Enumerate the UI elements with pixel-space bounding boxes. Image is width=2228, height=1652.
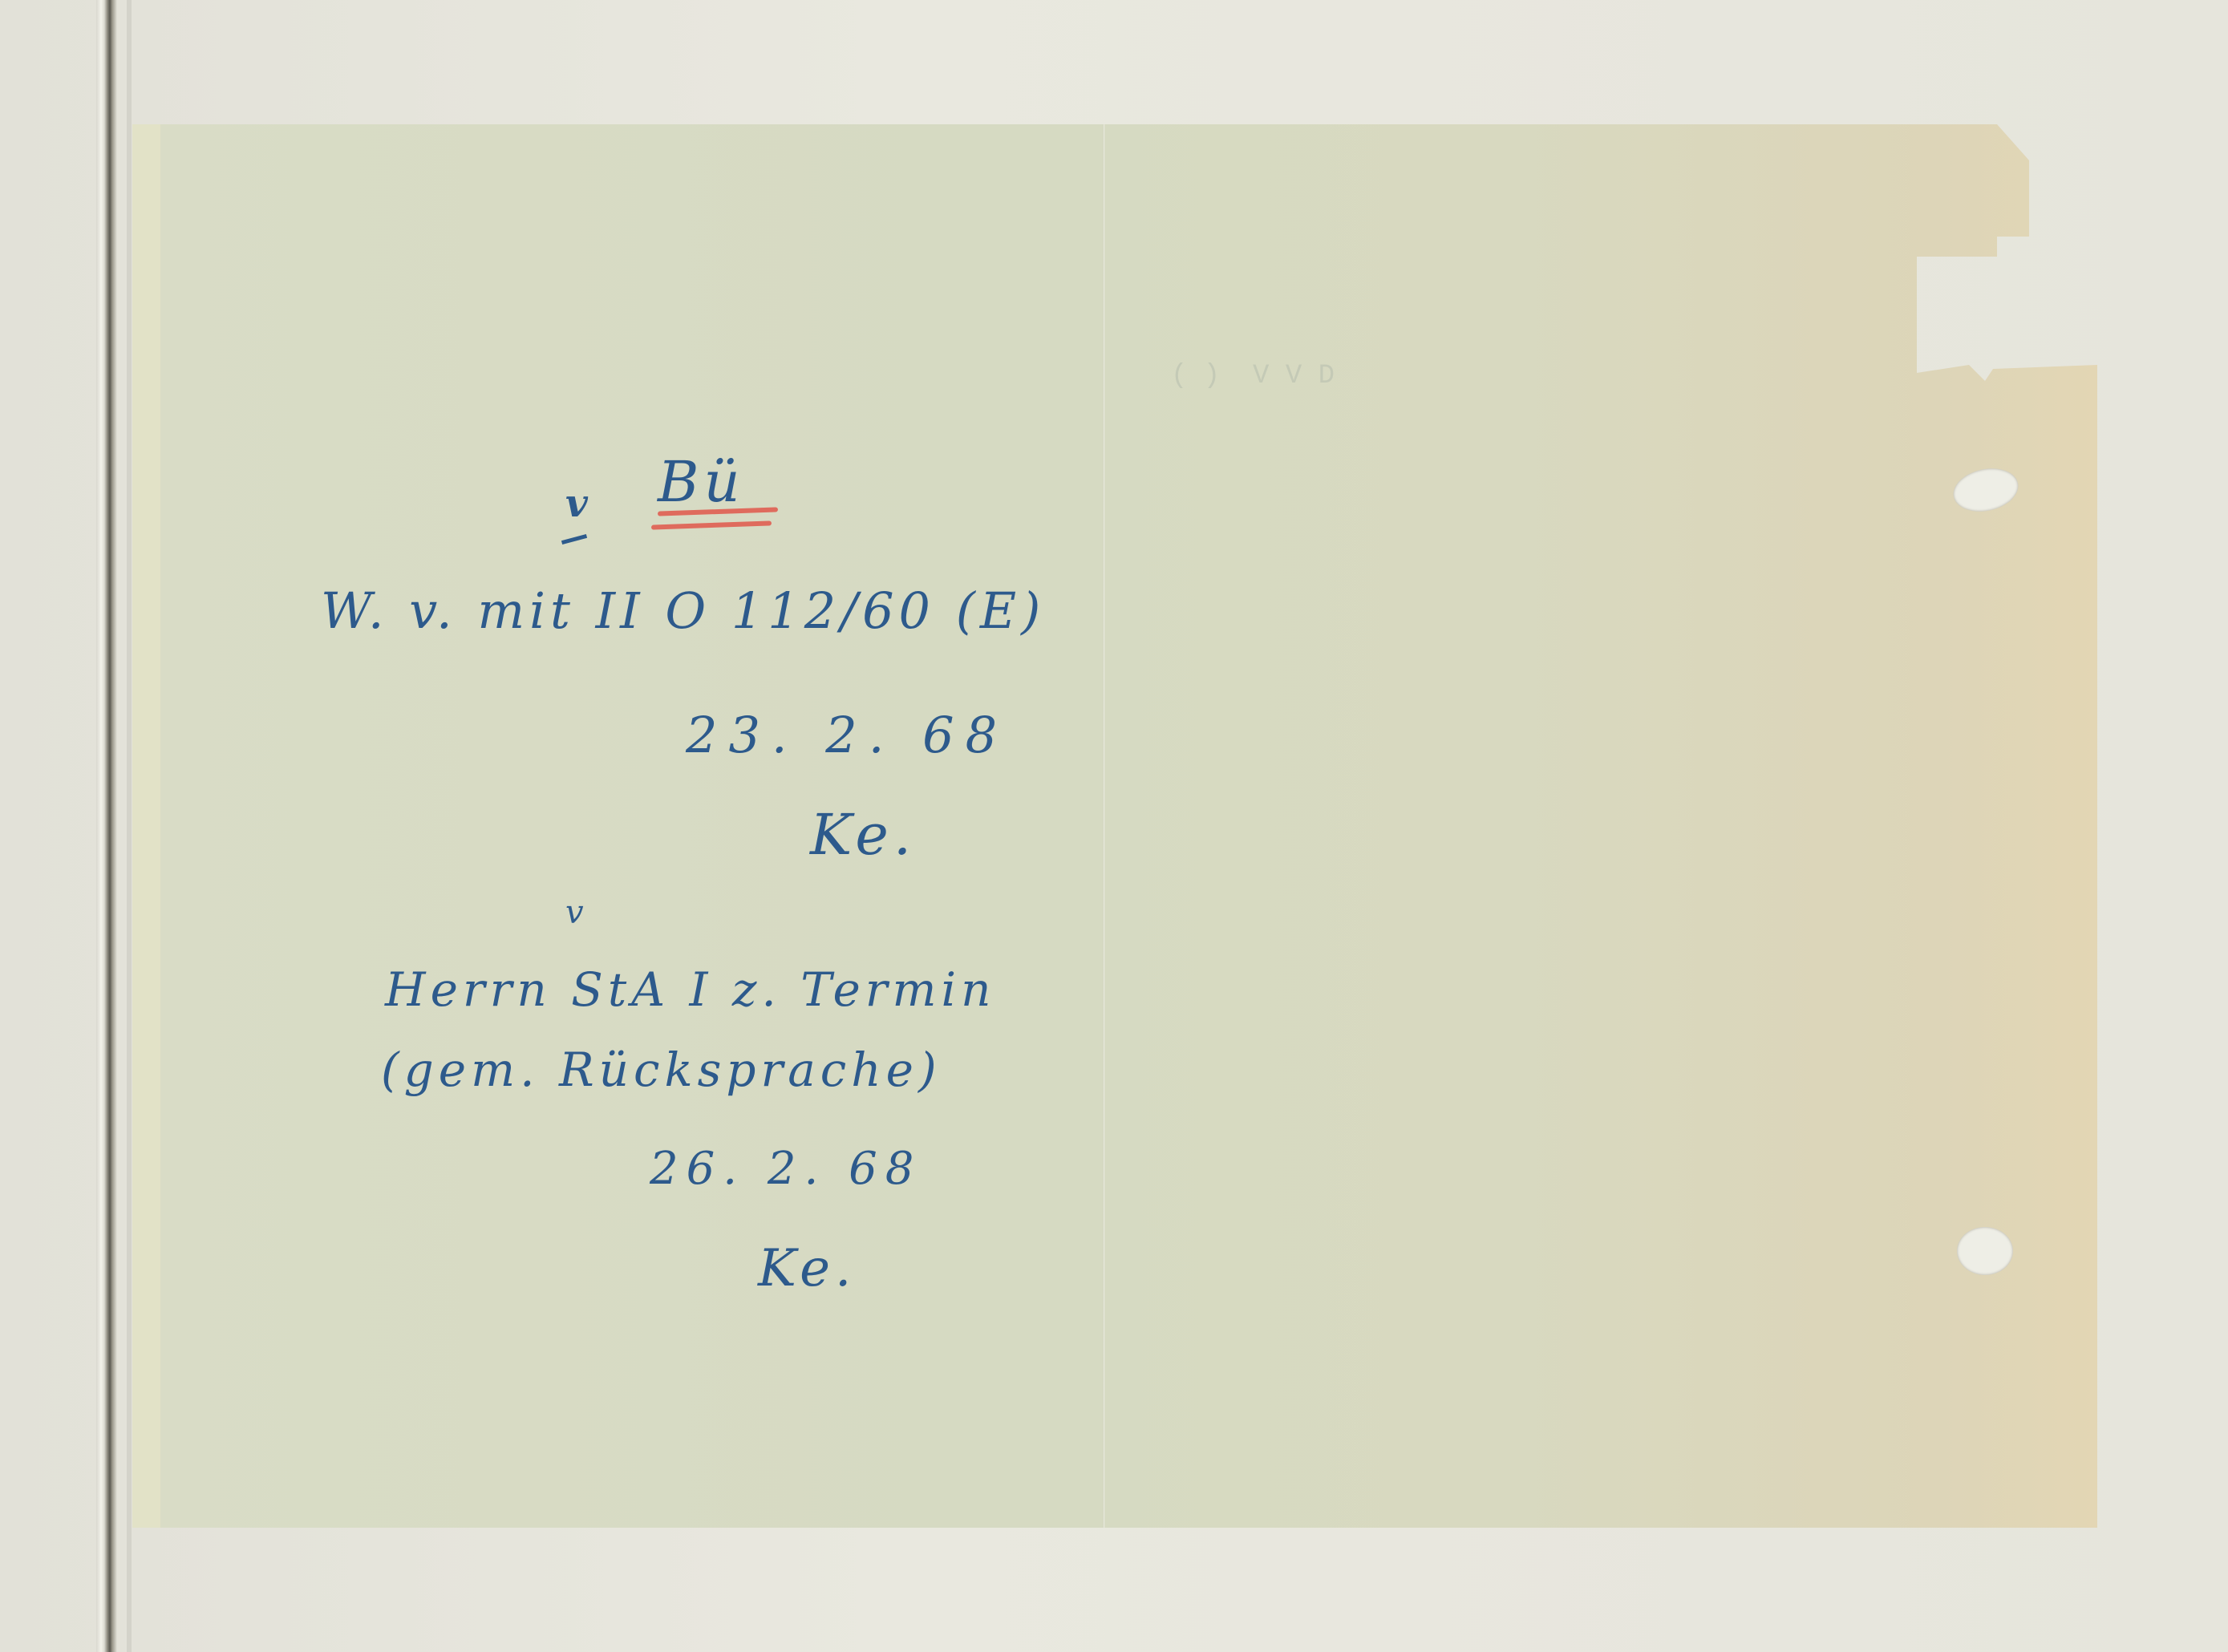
instruction-line-2: (gem. Rücksprache) <box>381 1043 942 1097</box>
date: 26. 2. 68 <box>650 1143 922 1195</box>
punch-hole-bottom <box>1957 1227 2013 1275</box>
sheet-left-margin-strip <box>132 124 160 1528</box>
check-mark: v <box>565 894 584 931</box>
header-word: Bü <box>658 449 745 515</box>
initials: Ke. <box>758 1239 856 1298</box>
instruction-line-1: Herrn StA I z. Termin <box>385 962 995 1017</box>
binder-edge <box>96 0 120 1652</box>
document-sheet <box>132 124 2097 1528</box>
show-through-text: ( ) V V D <box>1171 361 1335 391</box>
binder-edge-inner <box>127 0 132 1652</box>
center-fold-line <box>1103 124 1105 1528</box>
date: 23. 2. 68 <box>686 706 1008 764</box>
instruction-line: W. v. mit II O 112/60 (E) <box>321 581 1045 640</box>
initials: Ke. <box>810 802 916 868</box>
check-mark: v <box>565 481 588 526</box>
